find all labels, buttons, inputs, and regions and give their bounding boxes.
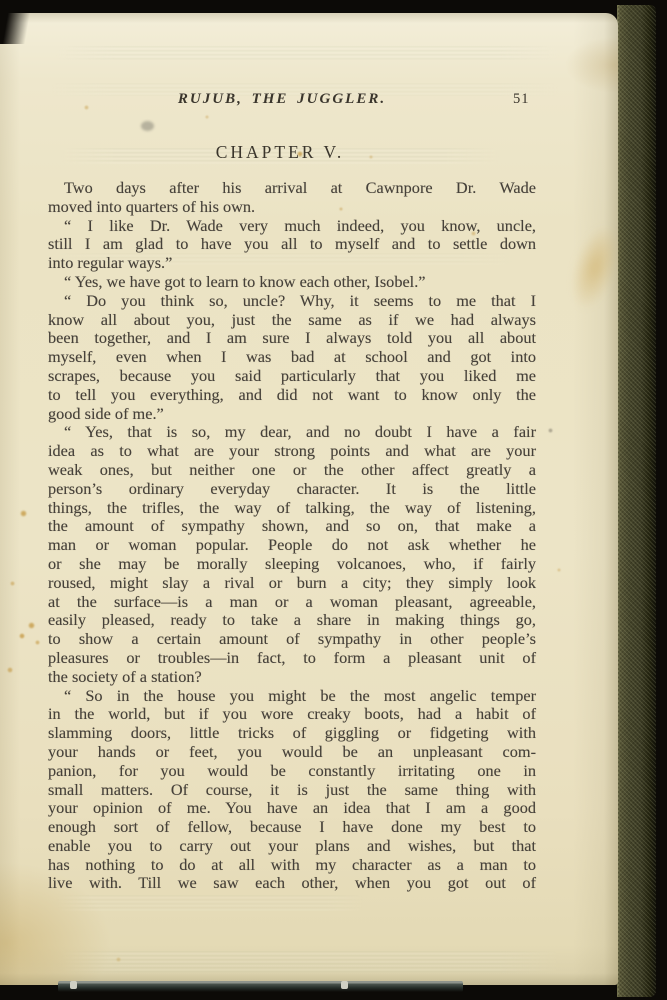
text-line: in the world, but if you wore creaky boo…	[48, 705, 536, 724]
text-line: enable you to carry out your plans and w…	[48, 837, 536, 856]
text-line: panion, for you would be constantly irri…	[48, 762, 536, 781]
foxing-spot	[548, 428, 553, 433]
stain	[563, 221, 627, 314]
scan-streak	[60, 951, 560, 973]
page-stack-edge	[58, 981, 463, 992]
text-line: slamming doors, little tricks of gigglin…	[48, 724, 536, 743]
chapter-heading: CHAPTER V.	[36, 142, 524, 163]
book-scan: RUJUB, THE JUGGLER. 51 CHAPTER V. Two da…	[0, 0, 667, 1000]
text-line: good side of me.”	[48, 405, 536, 424]
page-stack-notch	[70, 981, 77, 989]
text-line: easily pleased, ready to take a share in…	[48, 611, 536, 630]
smudge	[141, 121, 154, 131]
foxing-spot	[205, 115, 209, 119]
foxing-spot	[116, 957, 121, 962]
page-corner-shadow	[0, 12, 52, 44]
text-line: know all about you, just the same as if …	[48, 311, 536, 330]
text-line: to show a certain amount of sympathy in …	[48, 630, 536, 649]
text-line: at the surface—is a man or a woman pleas…	[48, 593, 536, 612]
text-line: person’s ordinary everyday character. It…	[48, 480, 536, 499]
page-number: 51	[513, 91, 530, 108]
text-line: man or woman popular. People do not ask …	[48, 536, 536, 555]
body-text: Two days after his arrival at Cawnpore D…	[48, 179, 536, 893]
page-stack-notch	[341, 981, 348, 989]
text-line: pleasures or troubles—in fact, to form a…	[48, 649, 536, 668]
foxing-spot	[28, 622, 35, 629]
foxing-spot	[7, 667, 13, 673]
text-line: myself, even when I was bad at school an…	[48, 348, 536, 367]
text-line: weak ones, but neither one or the other …	[48, 461, 536, 480]
running-head: RUJUB, THE JUGGLER. 51	[48, 91, 536, 111]
foxing-spot	[20, 510, 27, 517]
text-line: idea as to what are your strong points a…	[48, 442, 536, 461]
text-line: your opinion of me. You have an idea tha…	[48, 799, 536, 818]
text-line: scrapes, because you said particularly t…	[48, 367, 536, 386]
text-line: “ Yes, that is so, my dear, and no doubt…	[48, 423, 536, 442]
text-line: enough sort of fellow, because I have do…	[48, 818, 536, 837]
text-line: your hands or feet, you would be an unpl…	[48, 743, 536, 762]
scan-streak	[55, 895, 365, 911]
text-line: the society of a station?	[48, 668, 536, 687]
scan-streak	[55, 46, 560, 60]
text-line: Two days after his arrival at Cawnpore D…	[48, 179, 536, 198]
text-line: moved into quarters of his own.	[48, 198, 536, 217]
text-line: things, the trifles, the way of talking,…	[48, 499, 536, 518]
text-line: “ I like Dr. Wade very much indeed, you …	[48, 217, 536, 236]
text-line: been together, and I am sure I always to…	[48, 329, 536, 348]
text-line: “ Do you think so, uncle? Why, it seems …	[48, 292, 536, 311]
text-line: “ So in the house you might be the most …	[48, 687, 536, 706]
text-line: has nothing to do at all with my charact…	[48, 856, 536, 875]
text-line: roused, might slay a rival or burn a cit…	[48, 574, 536, 593]
text-line: small matters. Of course, it is just the…	[48, 781, 536, 800]
text-line: “ Yes, we have got to learn to know each…	[48, 273, 536, 292]
foxing-spot	[35, 640, 40, 645]
text-line: the amount of sympathy shown, and so on,…	[48, 517, 536, 536]
text-line: live with. Till we saw each other, when …	[48, 874, 536, 893]
foxing-spot	[19, 633, 25, 639]
text-line: to tell you everything, and did not want…	[48, 386, 536, 405]
running-title: RUJUB, THE JUGGLER.	[38, 91, 526, 108]
book-page: RUJUB, THE JUGGLER. 51 CHAPTER V. Two da…	[0, 13, 618, 985]
text-line: into regular ways.”	[48, 254, 536, 273]
text-line: still I am glad to have you all to mysel…	[48, 235, 536, 254]
book-cover-edge	[617, 5, 656, 997]
foxing-spot	[10, 581, 15, 586]
text-line: or she may be morally sleeping volcanoes…	[48, 555, 536, 574]
foxing-spot	[557, 568, 561, 572]
